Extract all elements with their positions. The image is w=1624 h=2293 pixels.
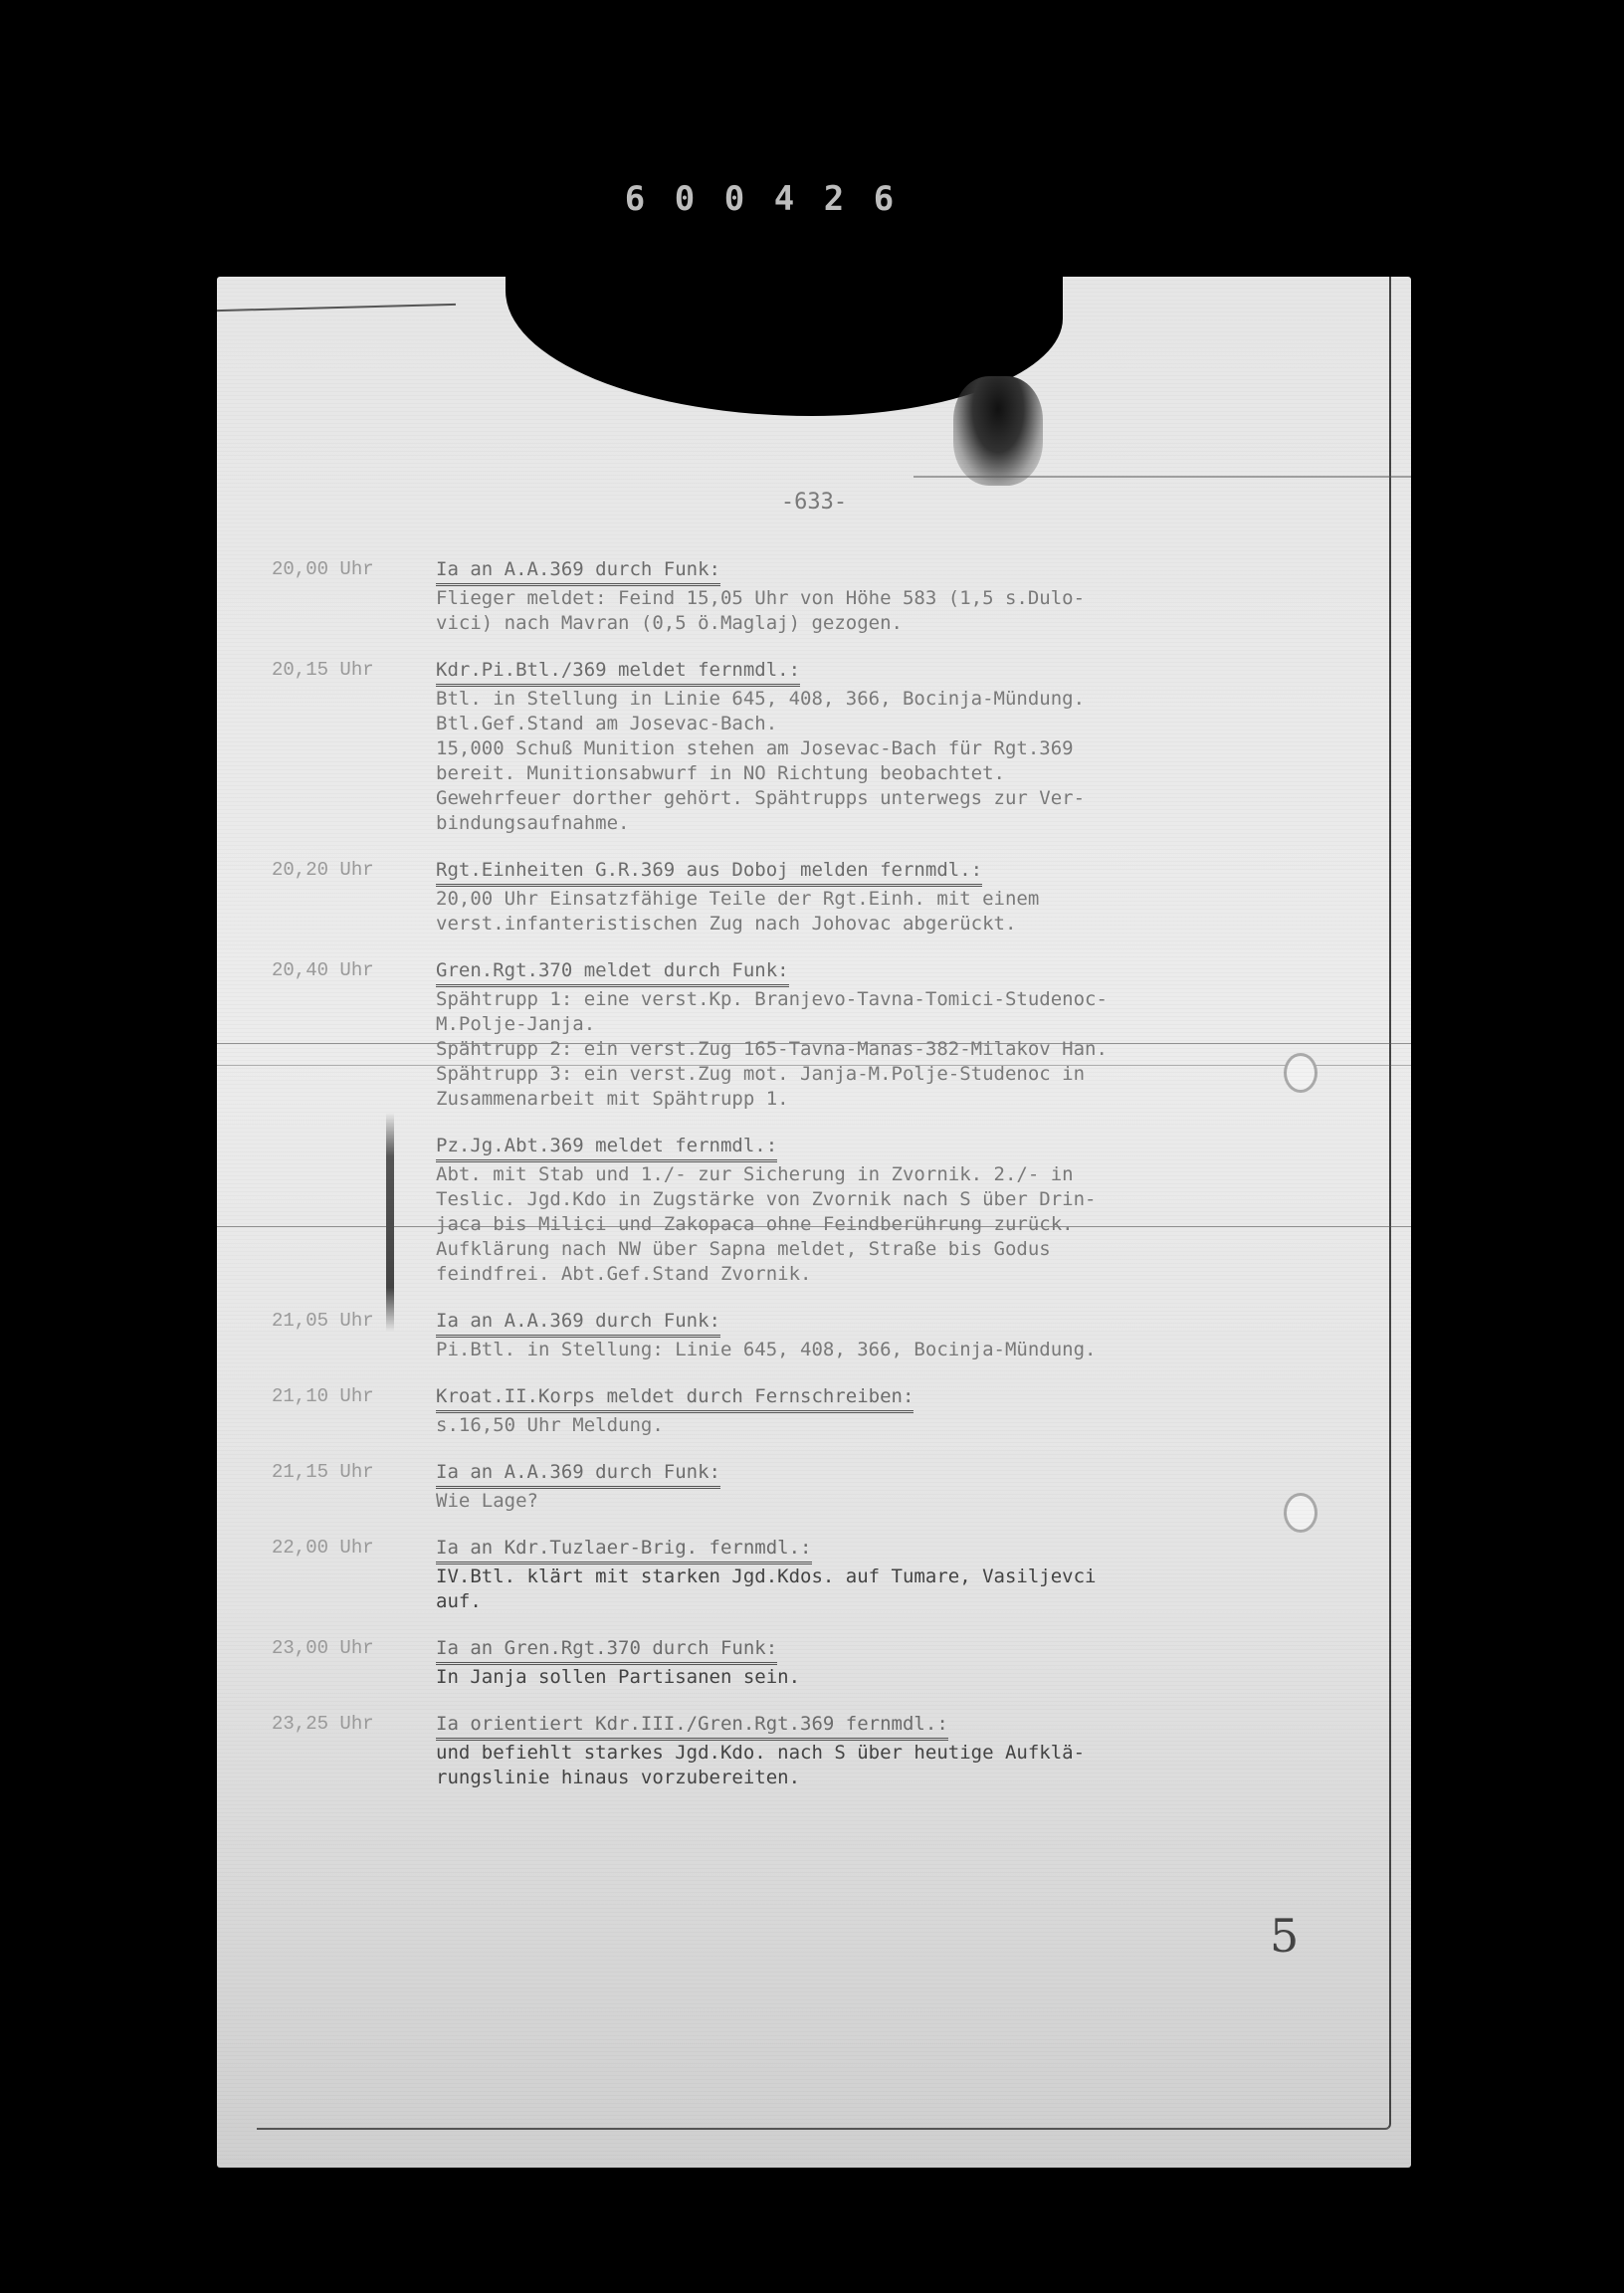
entry-line: Abt. mit Stab und 1./- zur Sicherung in … xyxy=(436,1162,1366,1187)
entry-heading: Gren.Rgt.370 meldet durch Funk: xyxy=(436,958,789,987)
punch-hole-mark xyxy=(1284,1053,1318,1093)
entry-line: auf. xyxy=(436,1589,1366,1614)
log-entry: 21,15 UhrIa an A.A.369 durch Funk:Wie La… xyxy=(272,1460,1366,1514)
frame-id-digit: 2 xyxy=(816,181,852,217)
paper-crease xyxy=(913,476,1411,478)
entry-time: 21,15 Uhr xyxy=(272,1460,436,1514)
entry-body: Ia orientiert Kdr.III./Gren.Rgt.369 fern… xyxy=(436,1712,1366,1790)
log-entry: 20,40 UhrGren.Rgt.370 meldet durch Funk:… xyxy=(272,958,1366,1112)
entry-heading: Ia an A.A.369 durch Funk: xyxy=(436,557,720,586)
entry-line: jaca bis Milici und Zakopaca ohne Feindb… xyxy=(436,1212,1366,1237)
log-entry: 22,00 UhrIa an Kdr.Tuzlaer-Brig. fernmdl… xyxy=(272,1536,1366,1614)
entry-line: Spähtrupp 3: ein verst.Zug mot. Janja-M.… xyxy=(436,1062,1366,1087)
entry-body: Ia an A.A.369 durch Funk:Wie Lage? xyxy=(436,1460,1366,1514)
entry-body: Kdr.Pi.Btl./369 meldet fernmdl.:Btl. in … xyxy=(436,658,1366,836)
entry-heading: Ia orientiert Kdr.III./Gren.Rgt.369 fern… xyxy=(436,1712,948,1741)
entry-time: 21,10 Uhr xyxy=(272,1384,436,1438)
entry-heading: Kroat.II.Korps meldet durch Fernschreibe… xyxy=(436,1384,913,1413)
entry-line: Gewehrfeuer dorther gehört. Spähtrupps u… xyxy=(436,786,1366,811)
entry-line: s.16,50 Uhr Meldung. xyxy=(436,1413,1366,1438)
entry-heading: Ia an A.A.369 durch Funk: xyxy=(436,1309,720,1338)
frame-id-digit: 0 xyxy=(667,181,703,217)
frame-id-digit: 6 xyxy=(866,181,902,217)
log-entries: 20,00 UhrIa an A.A.369 durch Funk:Fliege… xyxy=(272,557,1366,1812)
frame-id-digit: 0 xyxy=(716,181,752,217)
ink-spatter-damage xyxy=(953,376,1043,486)
entry-body: Ia an Kdr.Tuzlaer-Brig. fernmdl.:IV.Btl.… xyxy=(436,1536,1366,1614)
log-entry: Pz.Jg.Abt.369 meldet fernmdl.:Abt. mit S… xyxy=(272,1134,1366,1287)
entry-line: 20,00 Uhr Einsatzfähige Teile der Rgt.Ei… xyxy=(436,887,1366,912)
document-sheet: -633- 20,00 UhrIa an A.A.369 durch Funk:… xyxy=(217,277,1411,2168)
entry-time: 20,00 Uhr xyxy=(272,557,436,636)
entry-body: Rgt.Einheiten G.R.369 aus Doboj melden f… xyxy=(436,858,1366,937)
entry-heading: Ia an A.A.369 durch Funk: xyxy=(436,1460,720,1489)
microfilm-frame-id: 6 0 0 4 2 6 xyxy=(617,179,902,219)
entry-line: Aufklärung nach NW über Sapna meldet, St… xyxy=(436,1237,1366,1262)
entry-time xyxy=(272,1134,436,1287)
entry-line: 15,000 Schuß Munition stehen am Josevac-… xyxy=(436,736,1366,761)
entry-line: Spähtrupp 1: eine verst.Kp. Branjevo-Tav… xyxy=(436,987,1366,1012)
entry-body: Ia an A.A.369 durch Funk:Flieger meldet:… xyxy=(436,557,1366,636)
entry-line: und befiehlt starkes Jgd.Kdo. nach S übe… xyxy=(436,1741,1366,1766)
log-entry: 21,05 UhrIa an A.A.369 durch Funk:Pi.Btl… xyxy=(272,1309,1366,1362)
log-entry: 20,00 UhrIa an A.A.369 durch Funk:Fliege… xyxy=(272,557,1366,636)
entry-heading: Pz.Jg.Abt.369 meldet fernmdl.: xyxy=(436,1134,777,1162)
entry-line: bindungsaufnahme. xyxy=(436,811,1366,836)
frame-id-digit: 4 xyxy=(766,181,802,217)
entry-line: M.Polje-Janja. xyxy=(436,1012,1366,1037)
log-entry: 20,15 UhrKdr.Pi.Btl./369 meldet fernmdl.… xyxy=(272,658,1366,836)
entry-body: Ia an Gren.Rgt.370 durch Funk:In Janja s… xyxy=(436,1636,1366,1690)
frame-id-digit: 6 xyxy=(617,181,653,217)
entry-body: Gren.Rgt.370 meldet durch Funk:Spähtrupp… xyxy=(436,958,1366,1112)
entry-line: IV.Btl. klärt mit starken Jgd.Kdos. auf … xyxy=(436,1564,1366,1589)
entry-line: rungslinie hinaus vorzubereiten. xyxy=(436,1766,1366,1790)
entry-line: feindfrei. Abt.Gef.Stand Zvornik. xyxy=(436,1262,1366,1287)
entry-time: 23,25 Uhr xyxy=(272,1712,436,1790)
log-entry: 23,25 UhrIa orientiert Kdr.III./Gren.Rgt… xyxy=(272,1712,1366,1790)
entry-body: Kroat.II.Korps meldet durch Fernschreibe… xyxy=(436,1384,1366,1438)
entry-line: Wie Lage? xyxy=(436,1489,1366,1514)
entry-heading: Ia an Kdr.Tuzlaer-Brig. fernmdl.: xyxy=(436,1536,812,1564)
entry-line: Zusammenarbeit mit Spähtrupp 1. xyxy=(436,1087,1366,1112)
entry-line: Btl.Gef.Stand am Josevac-Bach. xyxy=(436,712,1366,736)
entry-line: bereit. Munitionsabwurf in NO Richtung b… xyxy=(436,761,1366,786)
entry-time: 23,00 Uhr xyxy=(272,1636,436,1690)
entry-heading: Rgt.Einheiten G.R.369 aus Doboj melden f… xyxy=(436,858,982,887)
entry-heading: Ia an Gren.Rgt.370 durch Funk: xyxy=(436,1636,777,1665)
punch-hole-mark xyxy=(1284,1493,1318,1533)
entry-body: Ia an A.A.369 durch Funk:Pi.Btl. in Stel… xyxy=(436,1309,1366,1362)
log-entry: 20,20 UhrRgt.Einheiten G.R.369 aus Doboj… xyxy=(272,858,1366,937)
entry-line: In Janja sollen Partisanen sein. xyxy=(436,1665,1366,1690)
entry-line: Flieger meldet: Feind 15,05 Uhr von Höhe… xyxy=(436,586,1366,611)
entry-time: 22,00 Uhr xyxy=(272,1536,436,1614)
entry-line: vici) nach Mavran (0,5 ö.Maglaj) gezogen… xyxy=(436,611,1366,636)
entry-line: Spähtrupp 2: ein verst.Zug 165-Tavna-Man… xyxy=(436,1037,1366,1062)
entry-time: 20,40 Uhr xyxy=(272,958,436,1112)
log-entry: 23,00 UhrIa an Gren.Rgt.370 durch Funk:I… xyxy=(272,1636,1366,1690)
entry-time: 20,20 Uhr xyxy=(272,858,436,937)
entry-line: Pi.Btl. in Stellung: Linie 645, 408, 366… xyxy=(436,1338,1366,1362)
page-number: -633- xyxy=(217,490,1411,515)
handwritten-mark: 5 xyxy=(1270,1909,1299,1963)
entry-line: Btl. in Stellung in Linie 645, 408, 366,… xyxy=(436,687,1366,712)
entry-line: Teslic. Jgd.Kdo in Zugstärke von Zvornik… xyxy=(436,1187,1366,1212)
entry-heading: Kdr.Pi.Btl./369 meldet fernmdl.: xyxy=(436,658,800,687)
entry-time: 21,05 Uhr xyxy=(272,1309,436,1362)
entry-body: Pz.Jg.Abt.369 meldet fernmdl.:Abt. mit S… xyxy=(436,1134,1366,1287)
entry-time: 20,15 Uhr xyxy=(272,658,436,836)
log-entry: 21,10 UhrKroat.II.Korps meldet durch Fer… xyxy=(272,1384,1366,1438)
entry-line: verst.infanteristischen Zug nach Johovac… xyxy=(436,912,1366,937)
